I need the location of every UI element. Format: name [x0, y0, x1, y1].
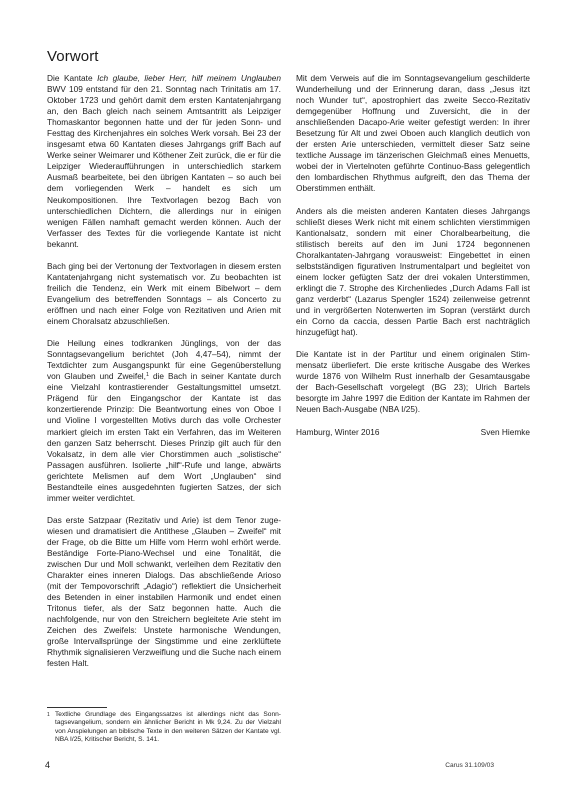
signature-place-date: Hamburg, Winter 2016 [296, 427, 379, 438]
paragraph-text: Die Kantate [47, 73, 97, 83]
paragraph-composition-approach: Bach ging bei der Vertonung der Textvorl… [47, 261, 281, 327]
paragraph-text: die Bach in seiner Kanta­te durch eine V… [47, 371, 281, 503]
footnote: 1 Textliche Grundlage des Eingangssatzes… [47, 711, 281, 744]
catalog-number: Carus 31.109/03 [445, 762, 494, 769]
paragraph-alto-aria: Mit dem Verweis auf die im Sonntagsevang… [296, 73, 530, 195]
paragraph-intro: Die Kantate Ich glaube, lieber Herr, hil… [47, 73, 281, 250]
cantata-title: Ich glaube, lieber Herr, hilf meinem Ung… [97, 73, 281, 83]
page-number: 4 [45, 760, 50, 770]
footnote-text: Textliche Grundlage des Eingangssatzes i… [55, 711, 281, 744]
paragraph-chorale: Anders als die meisten anderen Kantaten … [296, 206, 530, 339]
paragraph-text: BWV 109 entstand für den 21. Sonntag nac… [47, 84, 281, 249]
right-column: Mit dem Verweis auf die im Sonntagsevang… [296, 73, 530, 438]
signature-author: Sven Hiemke [481, 427, 530, 438]
footnote-number: 1 [47, 711, 55, 744]
paragraph-opening-chorus: Die Heilung eines todkranken Jünglings, … [47, 338, 281, 504]
page-title: Vorwort [47, 48, 99, 65]
left-column: Die Kantate Ich glaube, lieber Herr, hil… [47, 73, 281, 681]
footnote-divider [47, 707, 107, 708]
signature: Hamburg, Winter 2016 Sven Hiemke [296, 427, 530, 438]
paragraph-sources: Die Kantate ist in der Partitur und eine… [296, 349, 530, 415]
paragraph-tenor-movements: Das erste Satzpaar (Rezitativ und Arie) … [47, 515, 281, 670]
